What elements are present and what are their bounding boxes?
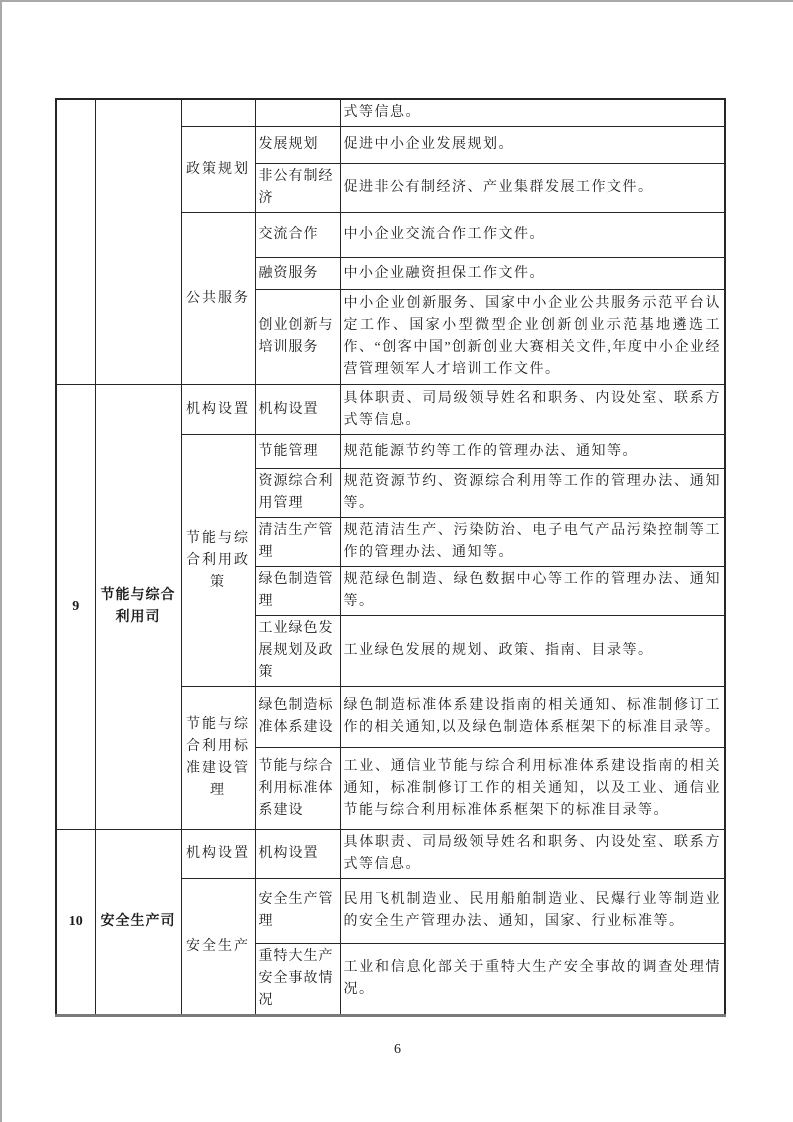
description-cell: 中小企业交流合作工作文件。 (340, 213, 725, 258)
subcategory-cell: 资源综合利用管理 (255, 469, 340, 518)
category-cell: 机构设置 (181, 830, 255, 879)
description-cell: 规范清洁生产、污染防治、电子电气产品污染控制等工作的管理办法、通知等。 (340, 518, 725, 567)
description-cell: 规范绿色制造、绿色数据中心等工作的管理办法、通知等。 (340, 567, 725, 616)
subcategory-cell: 工业绿色发展规划及政策 (255, 616, 340, 687)
subcategory-cell: 安全生产管理 (255, 879, 340, 944)
subcategory-cell: 绿色制造管理 (255, 567, 340, 616)
document-page: 式等信息。政策规划发展规划促进中小企业发展规划。非公有制经济促进非公有制经济、产… (0, 0, 793, 1122)
description-cell: 促进中小企业发展规划。 (340, 127, 725, 164)
description-cell: 具体职责、司局级领导姓名和职务、内设处室、联系方式等信息。 (340, 830, 725, 879)
row-number-cell: 10 (56, 830, 95, 1016)
row-number-cell: 9 (56, 385, 95, 830)
category-cell: 机构设置 (181, 385, 255, 435)
category-cell: 政策规划 (181, 127, 255, 213)
description-cell: 式等信息。 (340, 99, 725, 127)
row-number-cell (56, 99, 95, 385)
subcategory-cell: 创业创新与培训服务 (255, 290, 340, 385)
description-cell: 民用飞机制造业、民用船舶制造业、民爆行业等制造业的安全生产管理办法、通知，国家、… (340, 879, 725, 944)
description-cell: 中小企业创新服务、国家中小企业公共服务示范平台认定工作、国家小型微型企业创新创业… (340, 290, 725, 385)
category-cell: 节能与综合利用政策 (181, 435, 255, 687)
disclosure-table-body: 式等信息。政策规划发展规划促进中小企业发展规划。非公有制经济促进非公有制经济、产… (56, 99, 725, 1016)
subcategory-cell: 清洁生产管理 (255, 518, 340, 567)
page-number: 6 (2, 1042, 793, 1058)
description-cell: 规范资源节约、资源综合利用等工作的管理办法、通知等。 (340, 469, 725, 518)
description-cell: 工业和信息化部关于重特大生产安全事故的调查处理情况。 (340, 944, 725, 1016)
department-cell: 安全生产司 (95, 830, 181, 1016)
description-cell: 绿色制造标准体系建设指南的相关通知、标准制修订工作的相关通知,以及绿色制造体系框… (340, 687, 725, 748)
description-cell: 促进非公有制经济、产业集群发展工作文件。 (340, 164, 725, 213)
table-row: 9节能与综合利用司机构设置机构设置具体职责、司局级领导姓名和职务、内设处室、联系… (56, 385, 725, 435)
subcategory-cell: 节能与综合利用标准体系建设 (255, 748, 340, 830)
disclosure-table: 式等信息。政策规划发展规划促进中小企业发展规划。非公有制经济促进非公有制经济、产… (55, 98, 726, 1017)
subcategory-cell: 发展规划 (255, 127, 340, 164)
category-cell: 安全生产 (181, 879, 255, 1016)
description-cell: 工业绿色发展的规划、政策、指南、目录等。 (340, 616, 725, 687)
description-cell: 中小企业融资担保工作文件。 (340, 258, 725, 290)
description-cell: 具体职责、司局级领导姓名和职务、内设处室、联系方式等信息。 (340, 385, 725, 435)
subcategory-cell: 重特大生产安全事故情况 (255, 944, 340, 1016)
table-row: 10安全生产司机构设置机构设置具体职责、司局级领导姓名和职务、内设处室、联系方式… (56, 830, 725, 879)
table-row: 式等信息。 (56, 99, 725, 127)
category-cell (181, 99, 255, 127)
category-cell: 公共服务 (181, 213, 255, 385)
subcategory-cell: 机构设置 (255, 830, 340, 879)
subcategory-cell: 非公有制经济 (255, 164, 340, 213)
subcategory-cell: 融资服务 (255, 258, 340, 290)
subcategory-cell: 机构设置 (255, 385, 340, 435)
description-cell: 规范能源节约等工作的管理办法、通知等。 (340, 435, 725, 469)
subcategory-cell: 交流合作 (255, 213, 340, 258)
category-cell: 节能与综合利用标准建设管理 (181, 687, 255, 830)
subcategory-cell: 节能管理 (255, 435, 340, 469)
department-cell: 节能与综合利用司 (95, 385, 181, 830)
department-cell (95, 99, 181, 385)
subcategory-cell (255, 99, 340, 127)
description-cell: 工业、通信业节能与综合利用标准体系建设指南的相关通知，标准制修订工作的相关通知，… (340, 748, 725, 830)
subcategory-cell: 绿色制造标准体系建设 (255, 687, 340, 748)
